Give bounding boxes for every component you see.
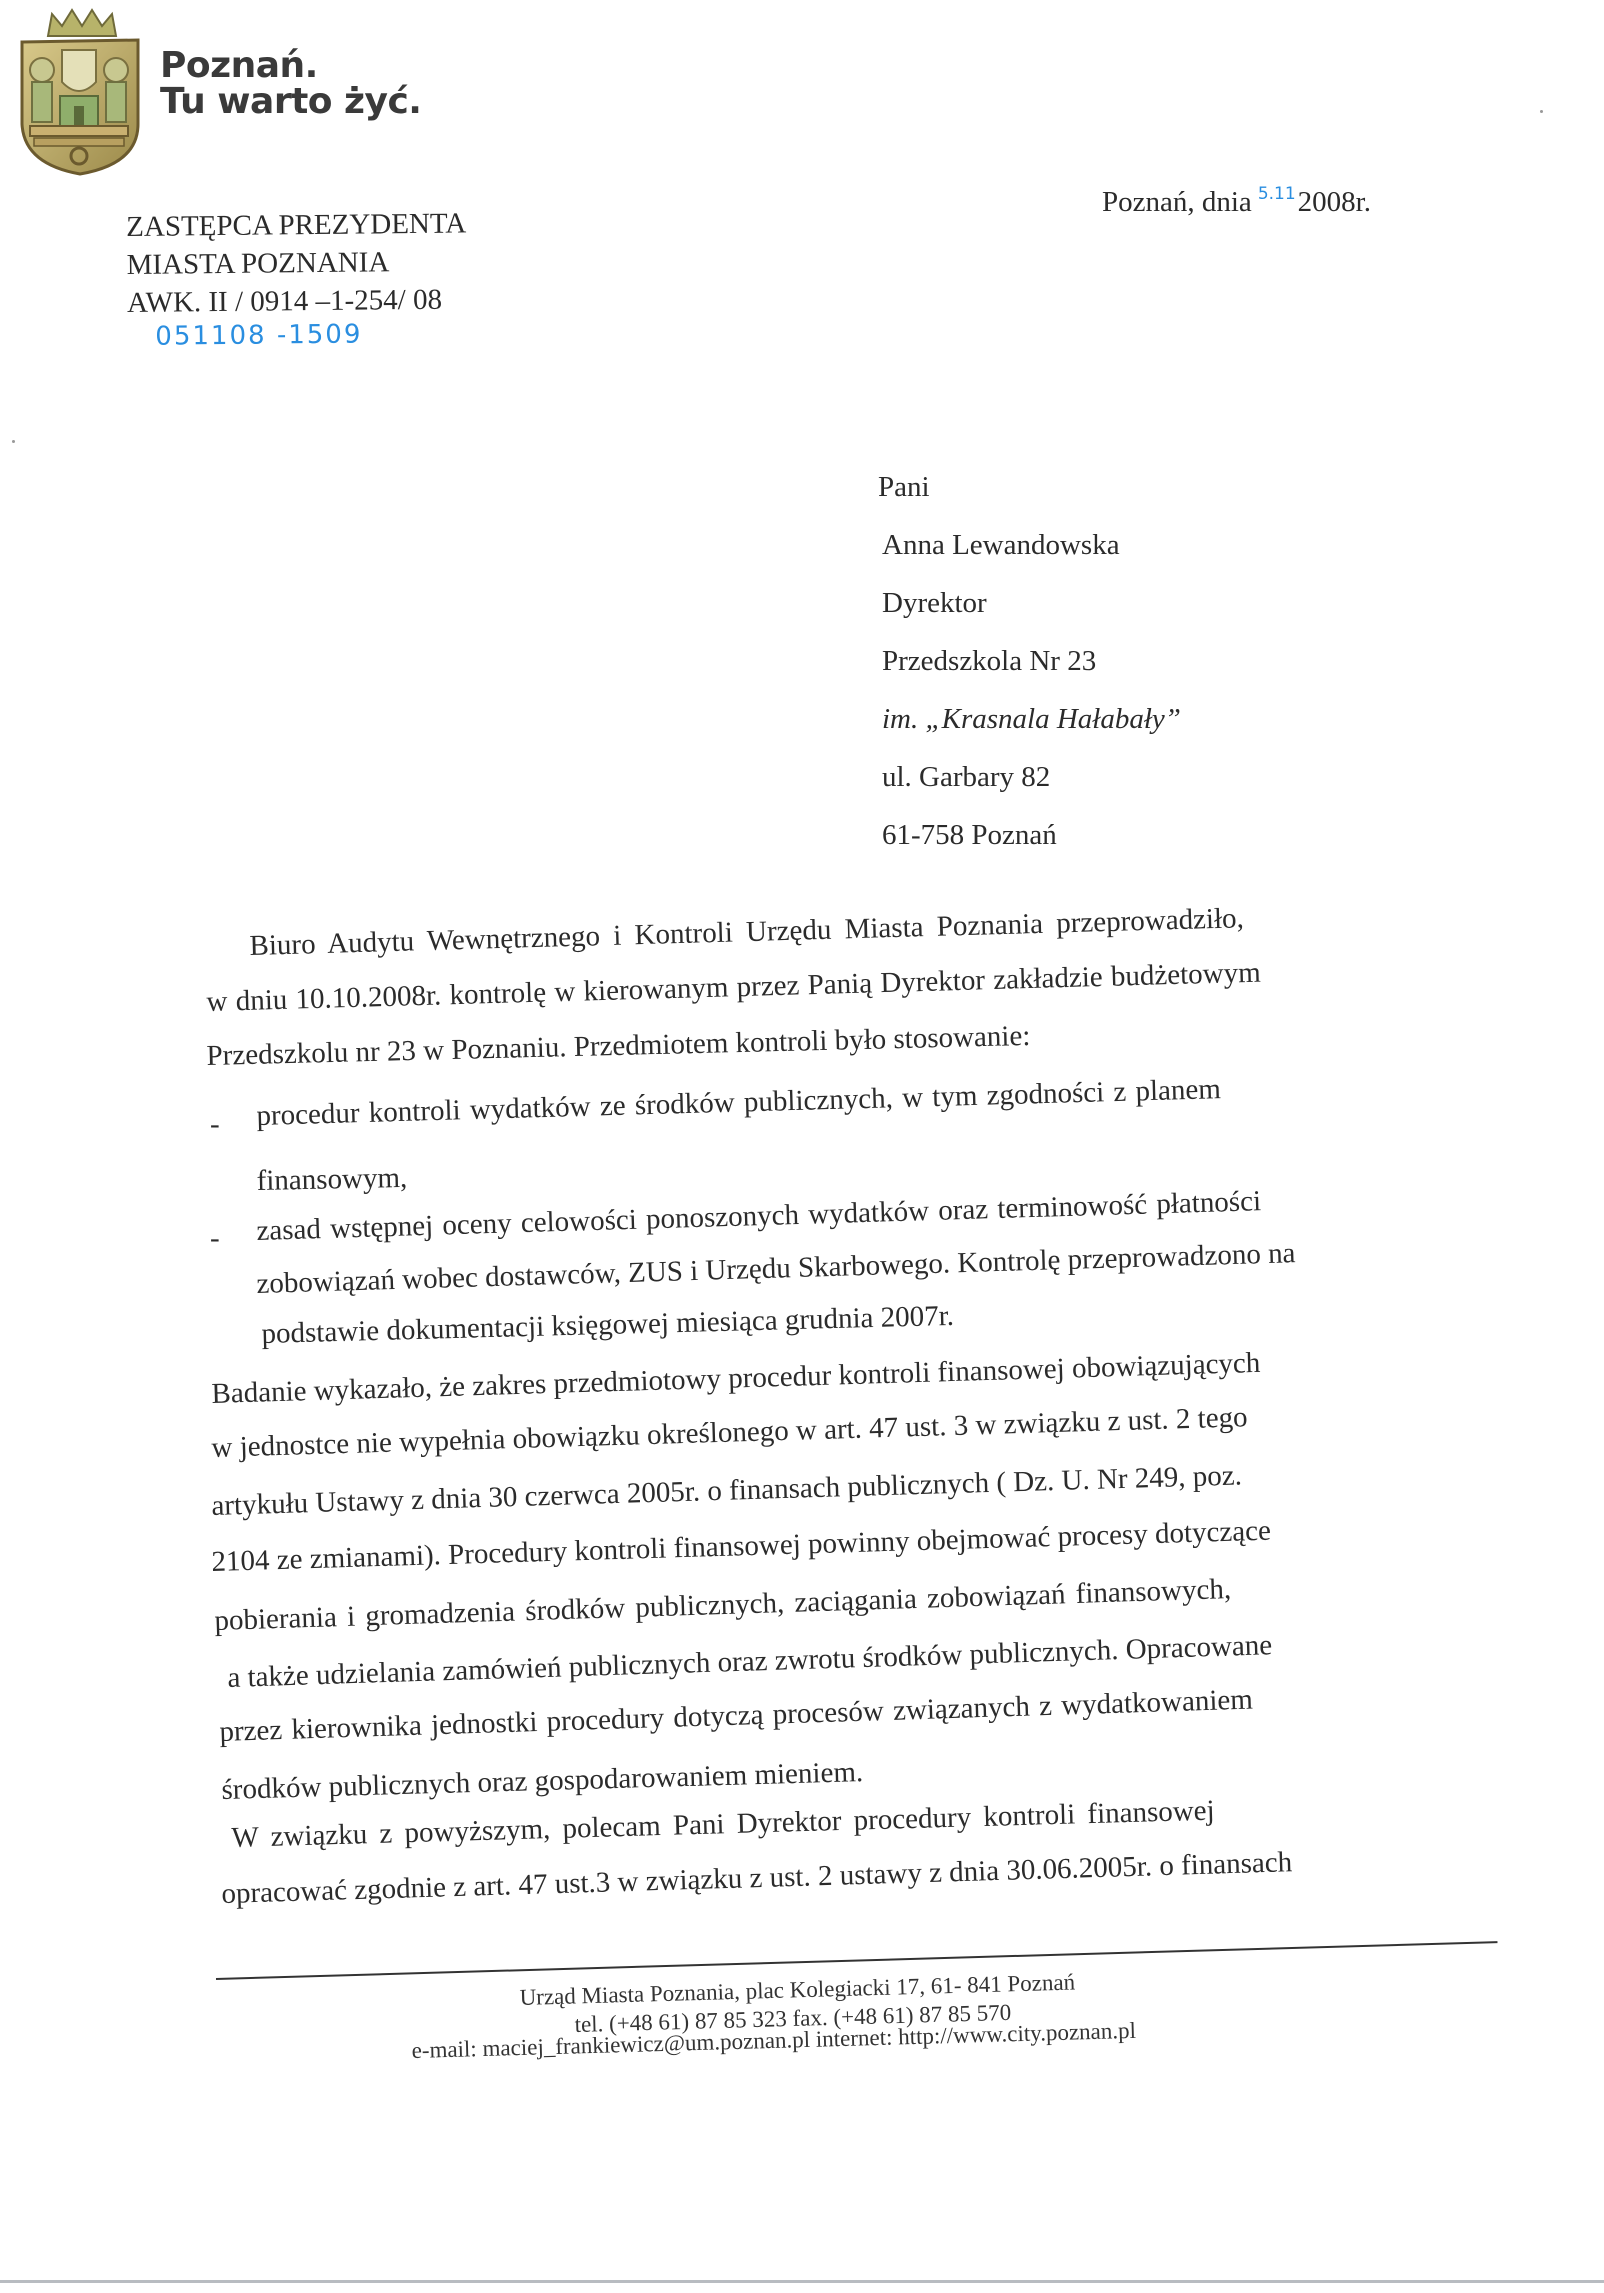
scan-edge-line	[0, 2280, 1604, 2283]
letter-body: Biuro Audytu Wewnętrznego i Kontroli Urz…	[0, 0, 1604, 2293]
scan-speck	[12, 440, 15, 443]
body-line: Przedszkolu nr 23 w Poznaniu. Przedmiote…	[206, 1020, 1031, 1073]
body-line: Badanie wykazało, że zakres przedmiotowy…	[211, 1347, 1261, 1411]
bullet-dash: -	[210, 1222, 220, 1255]
body-line: opracować zgodnie z art. 47 ust.3 w zwią…	[221, 1846, 1293, 1911]
body-line: zobowiązań wobec dostawców, ZUS i Urzędu…	[256, 1237, 1296, 1301]
body-line: podstawie dokumentacji księgowej miesiąc…	[261, 1300, 954, 1351]
body-line: w dniu 10.10.2008r. kontrolę w kierowany…	[206, 957, 1261, 1019]
body-line: środków publicznych oraz gospodarowaniem…	[221, 1756, 864, 1807]
scan-speck	[1540, 110, 1543, 113]
body-line: artykułu Ustawy z dnia 30 czerwca 2005r.…	[211, 1459, 1242, 1523]
body-line: przez kierownika jednostki procedury dot…	[219, 1684, 1253, 1749]
letter-page: Poznań. Tu warto żyć. ZASTĘPCA PREZYDENT…	[0, 0, 1604, 2293]
body-line: 2104 ze zmianami). Procedury kontroli fi…	[211, 1515, 1271, 1579]
body-line: pobierania i gromadzenia środków publicz…	[214, 1573, 1232, 1638]
body-line: finansowym,	[256, 1162, 407, 1198]
body-line: w jednostce nie wypełnia obowiązku okreś…	[211, 1401, 1248, 1465]
body-line: Biuro Audytu Wewnętrznego i Kontroli Urz…	[249, 902, 1244, 963]
body-line: procedur kontroli wydatków ze środków pu…	[256, 1073, 1221, 1133]
bullet-dash: -	[210, 1108, 220, 1141]
body-line: a także udzielania zamówień publicznych …	[227, 1629, 1273, 1695]
body-line: W związku z powyższym, polecam Pani Dyre…	[231, 1795, 1215, 1855]
